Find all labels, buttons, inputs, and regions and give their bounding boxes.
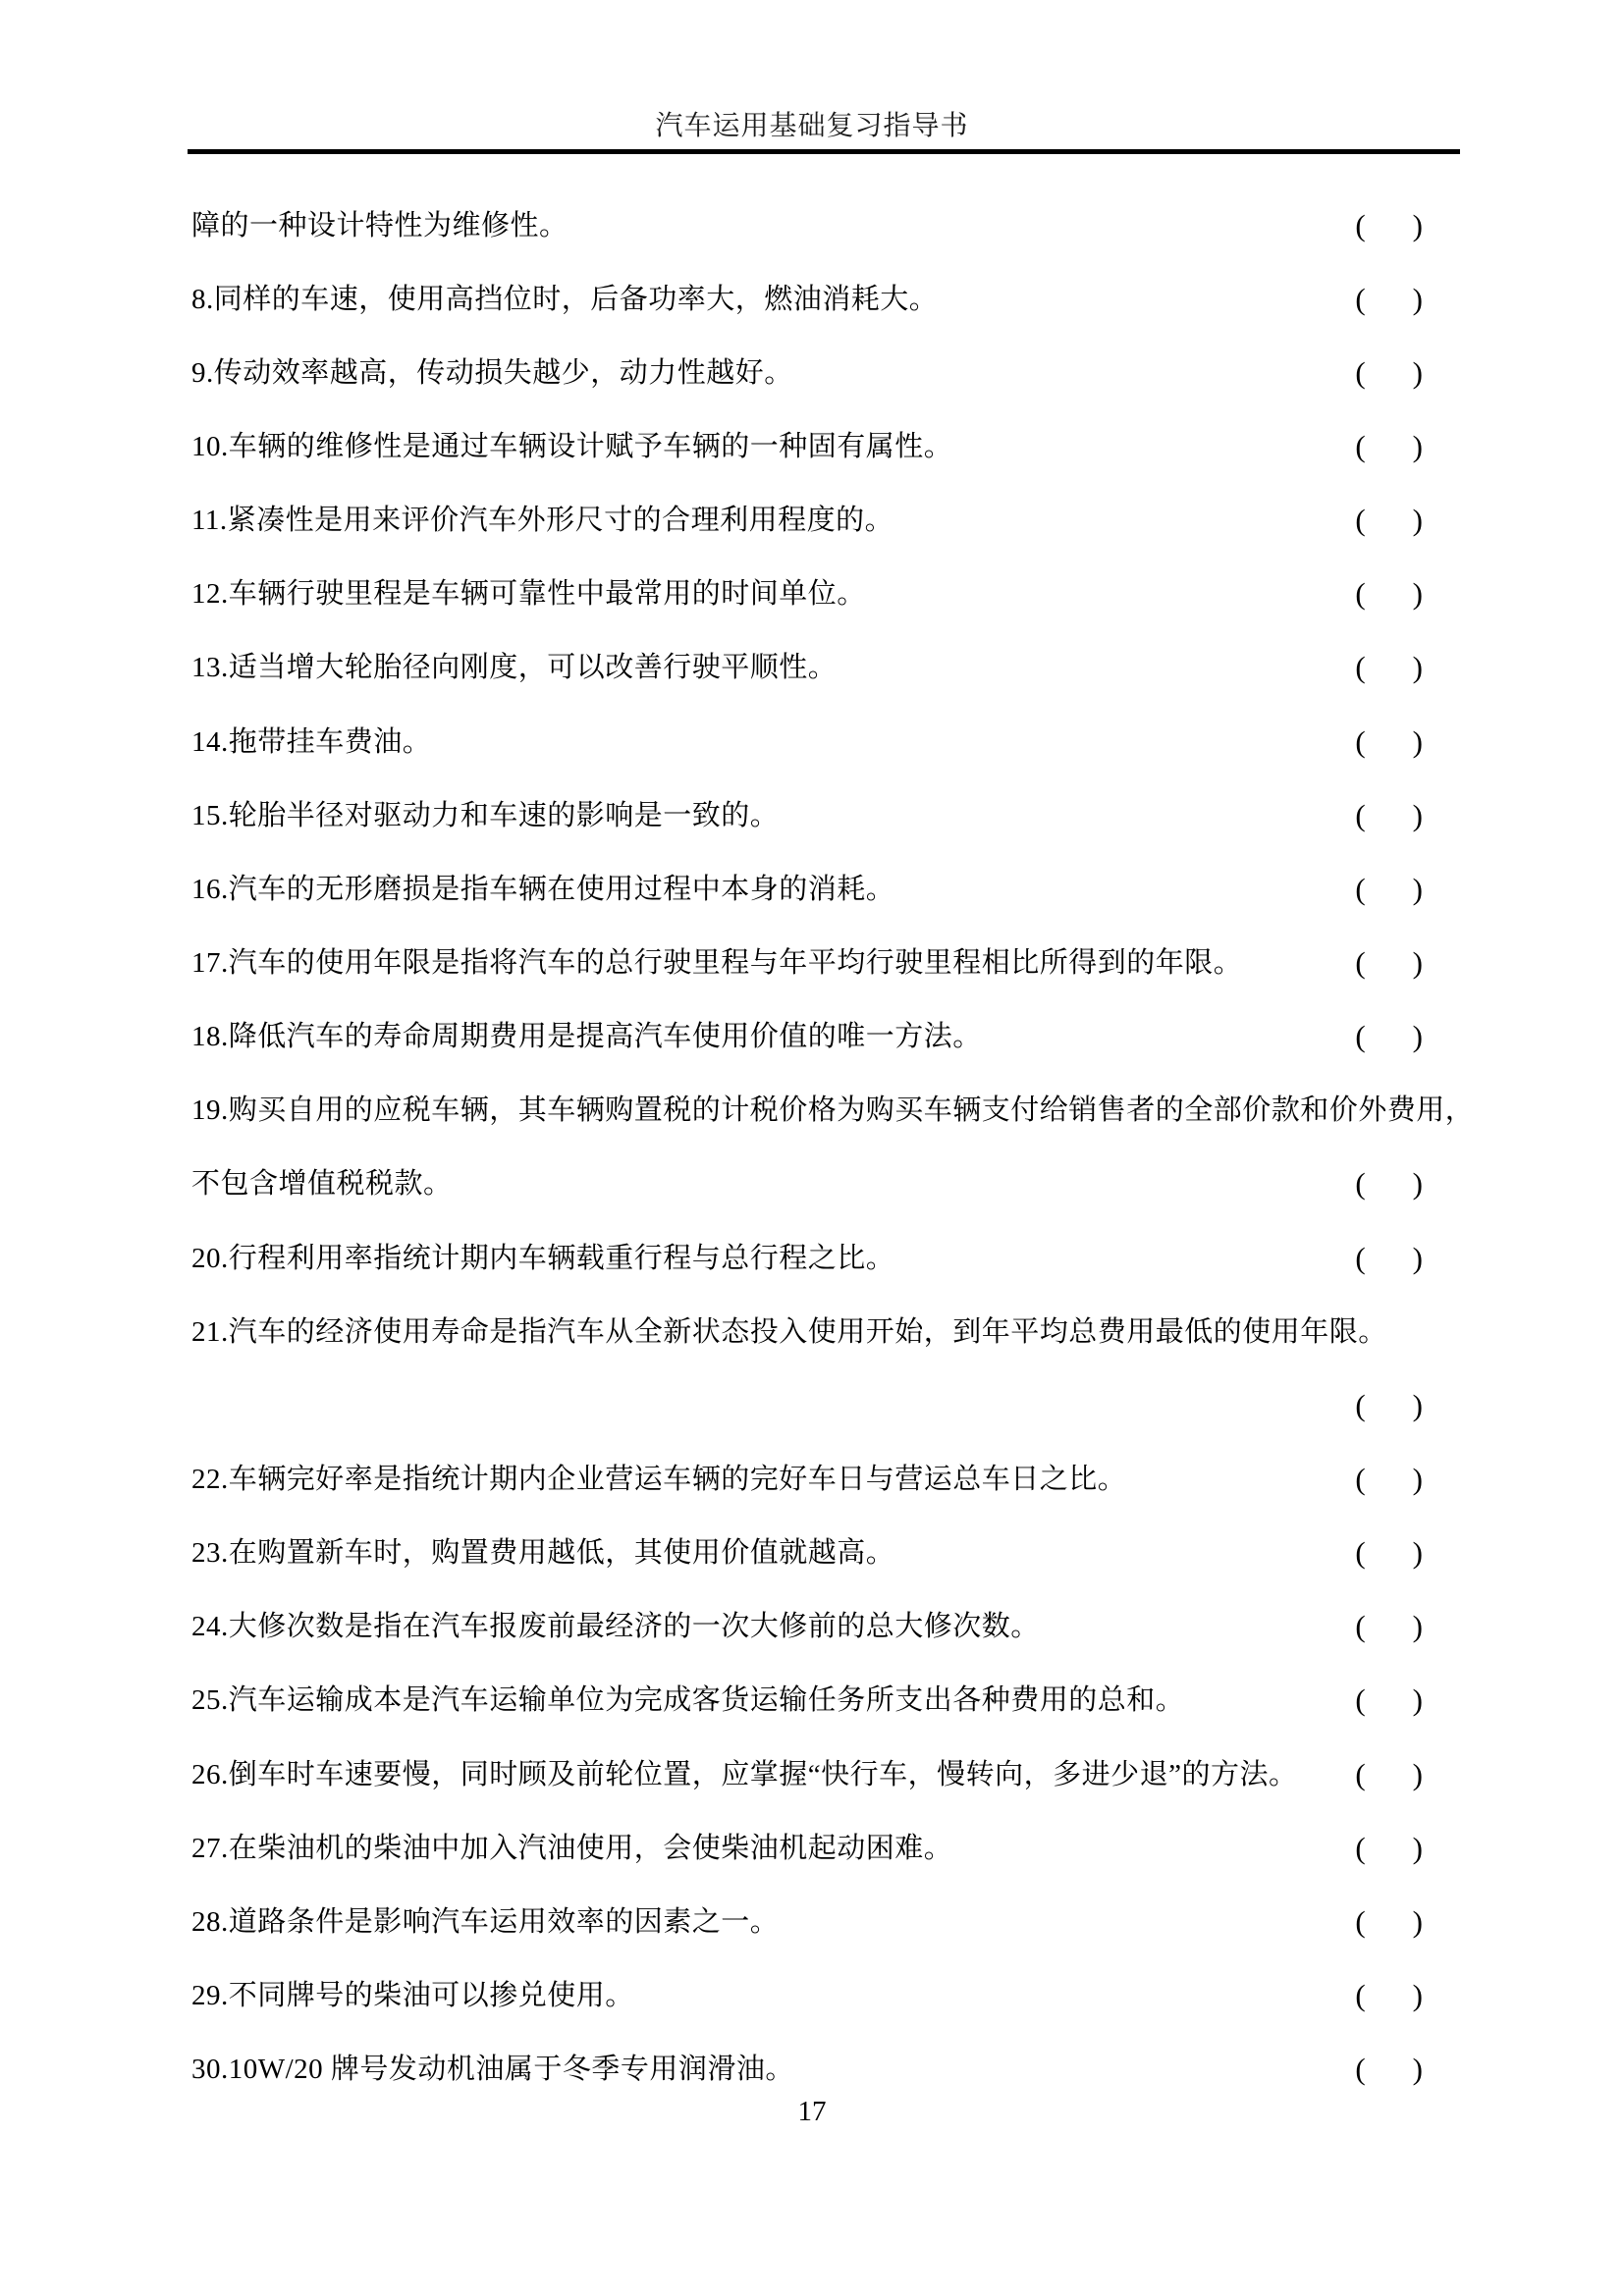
question-text: 14.拖带挂车费油。 (191, 723, 431, 761)
page-header-title: 汽车运用基础复习指导书 (0, 110, 1624, 143)
paren-close-mark: ) (1413, 502, 1423, 539)
question-text: 27.在柴油机的柴油中加入汽油使用，会使柴油机起动困难。 (191, 1830, 952, 1867)
paren-close-mark: ) (1413, 649, 1423, 686)
answer-blank: ( ) (1355, 1165, 1423, 1202)
paren-close-mark: ) (1413, 1682, 1423, 1719)
paren-close-mark: ) (1413, 1608, 1423, 1645)
question-text: 24.大修次数是指在汽车报废前最经济的一次大修前的总大修次数。 (191, 1608, 1040, 1645)
answer-blank: ( ) (1355, 871, 1423, 908)
question-text: 28.道路条件是影响汽车运用效率的因素之一。 (191, 1903, 779, 1941)
answer-blank: ( ) (1355, 649, 1423, 686)
question-text: 不包含增值税税款。 (191, 1165, 453, 1202)
question-text: 21.汽车的经济使用寿命是指汽车从全新状态投入使用开始，到年平均总费用最低的使用… (191, 1313, 1387, 1351)
question-row: 12.车辆行驶里程是车辆可靠性中最常用的时间单位。 ( ) (191, 558, 1440, 631)
paren-open-mark: ( (1355, 207, 1365, 244)
question-row: 15.轮胎半径对驱动力和车速的影响是一致的。 ( ) (191, 778, 1440, 852)
paren-close-mark: ) (1413, 1830, 1423, 1867)
question-text: 10.车辆的维修性是通过车辆设计赋予车辆的一种固有属性。 (191, 428, 952, 465)
answer-blank: ( ) (1355, 1682, 1423, 1719)
question-row: 10.车辆的维修性是通过车辆设计赋予车辆的一种固有属性。 ( ) (191, 409, 1440, 483)
question-text: 9.传动效率越高，传动损失越少，动力性越好。 (191, 354, 793, 392)
question-list: 障的一种设计特性为维修性。 ( ) 8.同样的车速，使用高挡位时，后备功率大，燃… (191, 188, 1440, 2107)
paren-open-mark: ( (1355, 1903, 1365, 1941)
question-text: 30.10W/20 牌号发动机油属于冬季专用润滑油。 (191, 2051, 794, 2088)
paren-open-mark: ( (1355, 1682, 1365, 1719)
question-text: 23.在购置新车时，购置费用越低，其使用价值就越高。 (191, 1534, 894, 1572)
question-row: 20.行程利用率指统计期内车辆载重行程与总行程之比。 ( ) (191, 1221, 1440, 1295)
answer-blank: ( ) (1355, 1240, 1423, 1277)
paren-open-mark: ( (1355, 1387, 1365, 1424)
answer-blank: ( ) (1355, 1756, 1423, 1793)
page-number: 17 (0, 2095, 1624, 2128)
question-row: ( ) (191, 1368, 1440, 1442)
paren-open-mark: ( (1355, 1608, 1365, 1645)
paren-close-mark: ) (1413, 428, 1423, 465)
question-text: 16.汽车的无形磨损是指车辆在使用过程中本身的消耗。 (191, 871, 894, 908)
paren-close-mark: ) (1413, 354, 1423, 392)
answer-blank: ( ) (1355, 1608, 1423, 1645)
paren-open-mark: ( (1355, 428, 1365, 465)
paren-close-mark: ) (1413, 2051, 1423, 2088)
paren-open-mark: ( (1355, 649, 1365, 686)
answer-blank: ( ) (1355, 575, 1423, 613)
answer-blank: ( ) (1355, 281, 1423, 318)
question-row: 14.拖带挂车费油。 ( ) (191, 705, 1440, 778)
paren-open-mark: ( (1355, 1165, 1365, 1202)
paren-open-mark: ( (1355, 723, 1365, 761)
paren-close-mark: ) (1413, 575, 1423, 613)
paren-open-mark: ( (1355, 944, 1365, 982)
answer-blank: ( ) (1355, 723, 1423, 761)
answer-blank: ( ) (1355, 1387, 1423, 1424)
paren-close-mark: ) (1413, 723, 1423, 761)
paren-open-mark: ( (1355, 797, 1365, 834)
question-row: 29.不同牌号的柴油可以掺兑使用。 ( ) (191, 1958, 1440, 2032)
question-row: 9.传动效率越高，传动损失越少，动力性越好。 ( ) (191, 336, 1440, 409)
question-row: 13.适当增大轮胎径向刚度，可以改善行驶平顺性。 ( ) (191, 631, 1440, 705)
paren-close-mark: ) (1413, 797, 1423, 834)
answer-blank: ( ) (1355, 1903, 1423, 1941)
paren-open-mark: ( (1355, 1461, 1365, 1498)
paren-close-mark: ) (1413, 1018, 1423, 1055)
paren-close-mark: ) (1413, 1240, 1423, 1277)
answer-blank: ( ) (1355, 1461, 1423, 1498)
question-text: 19.购买自用的应税车辆，其车辆购置税的计税价格为购买车辆支付给销售者的全部价款… (191, 1092, 1474, 1129)
paren-close-mark: ) (1413, 1977, 1423, 2014)
question-row: 26.倒车时车速要慢，同时顾及前轮位置，应掌握“快行车，慢转向，多进少退”的方法… (191, 1737, 1440, 1811)
question-text: 17.汽车的使用年限是指将汽车的总行驶里程与年平均行驶里程相比所得到的年限。 (191, 944, 1242, 982)
paren-open-mark: ( (1355, 1240, 1365, 1277)
paren-open-mark: ( (1355, 281, 1365, 318)
document-page: 汽车运用基础复习指导书 障的一种设计特性为维修性。 ( ) 8.同样的车速，使用… (0, 0, 1624, 2296)
answer-blank: ( ) (1355, 1830, 1423, 1867)
question-text: 18.降低汽车的寿命周期费用是提高汽车使用价值的唯一方法。 (191, 1018, 982, 1055)
paren-close-mark: ) (1413, 1903, 1423, 1941)
paren-open-mark: ( (1355, 502, 1365, 539)
paren-close-mark: ) (1413, 1461, 1423, 1498)
question-text: 20.行程利用率指统计期内车辆载重行程与总行程之比。 (191, 1240, 894, 1277)
paren-open-mark: ( (1355, 1977, 1365, 2014)
answer-blank: ( ) (1355, 1018, 1423, 1055)
paren-open-mark: ( (1355, 2051, 1365, 2088)
paren-open-mark: ( (1355, 1830, 1365, 1867)
paren-close-mark: ) (1413, 1387, 1423, 1424)
paren-close-mark: ) (1413, 944, 1423, 982)
header-rule (188, 149, 1460, 154)
paren-open-mark: ( (1355, 1534, 1365, 1572)
question-text: 8.同样的车速，使用高挡位时，后备功率大，燃油消耗大。 (191, 281, 938, 318)
question-row: 22.车辆完好率是指统计期内企业营运车辆的完好车日与营运总车日之比。 ( ) (191, 1442, 1440, 1516)
question-row: 11.紧凑性是用来评价汽车外形尺寸的合理利用程度的。 ( ) (191, 484, 1440, 558)
question-row: 障的一种设计特性为维修性。 ( ) (191, 188, 1440, 262)
paren-open-mark: ( (1355, 1018, 1365, 1055)
question-row: 8.同样的车速，使用高挡位时，后备功率大，燃油消耗大。 ( ) (191, 262, 1440, 336)
question-text: 13.适当增大轮胎径向刚度，可以改善行驶平顺性。 (191, 649, 837, 686)
question-row: 21.汽车的经济使用寿命是指汽车从全新状态投入使用开始，到年平均总费用最低的使用… (191, 1295, 1440, 1368)
question-text: 障的一种设计特性为维修性。 (191, 207, 568, 244)
answer-blank: ( ) (1355, 354, 1423, 392)
answer-blank: ( ) (1355, 207, 1423, 244)
paren-close-mark: ) (1413, 871, 1423, 908)
question-text: 26.倒车时车速要慢，同时顾及前轮位置，应掌握“快行车，慢转向，多进少退”的方法… (191, 1756, 1298, 1793)
paren-open-mark: ( (1355, 871, 1365, 908)
question-text: 29.不同牌号的柴油可以掺兑使用。 (191, 1977, 634, 2014)
answer-blank: ( ) (1355, 1977, 1423, 2014)
paren-close-mark: ) (1413, 207, 1423, 244)
answer-blank: ( ) (1355, 428, 1423, 465)
question-text: 12.车辆行驶里程是车辆可靠性中最常用的时间单位。 (191, 575, 866, 613)
question-row: 不包含增值税税款。 ( ) (191, 1148, 1440, 1221)
question-row: 23.在购置新车时，购置费用越低，其使用价值就越高。 ( ) (191, 1517, 1440, 1590)
paren-close-mark: ) (1413, 1534, 1423, 1572)
question-row: 24.大修次数是指在汽车报废前最经济的一次大修前的总大修次数。 ( ) (191, 1590, 1440, 1664)
question-row: 18.降低汽车的寿命周期费用是提高汽车使用价值的唯一方法。 ( ) (191, 1000, 1440, 1074)
paren-close-mark: ) (1413, 1756, 1423, 1793)
answer-blank: ( ) (1355, 797, 1423, 834)
answer-blank: ( ) (1355, 1534, 1423, 1572)
answer-blank: ( ) (1355, 944, 1423, 982)
question-row: 16.汽车的无形磨损是指车辆在使用过程中本身的消耗。 ( ) (191, 852, 1440, 926)
question-row: 28.道路条件是影响汽车运用效率的因素之一。 ( ) (191, 1885, 1440, 1958)
question-row: 25.汽车运输成本是汽车运输单位为完成客货运输任务所支出各种费用的总和。 ( ) (191, 1664, 1440, 1737)
paren-open-mark: ( (1355, 1756, 1365, 1793)
question-row: 17.汽车的使用年限是指将汽车的总行驶里程与年平均行驶里程相比所得到的年限。 (… (191, 926, 1440, 999)
paren-open-mark: ( (1355, 354, 1365, 392)
paren-close-mark: ) (1413, 1165, 1423, 1202)
paren-close-mark: ) (1413, 281, 1423, 318)
question-text: 15.轮胎半径对驱动力和车速的影响是一致的。 (191, 797, 779, 834)
answer-blank: ( ) (1355, 502, 1423, 539)
question-text: 11.紧凑性是用来评价汽车外形尺寸的合理利用程度的。 (191, 502, 893, 539)
question-row: 27.在柴油机的柴油中加入汽油使用，会使柴油机起动困难。 ( ) (191, 1811, 1440, 1885)
question-text: 22.车辆完好率是指统计期内企业营运车辆的完好车日与营运总车日之比。 (191, 1461, 1126, 1498)
paren-open-mark: ( (1355, 575, 1365, 613)
answer-blank: ( ) (1355, 2051, 1423, 2088)
question-text: 25.汽车运输成本是汽车运输单位为完成客货运输任务所支出各种费用的总和。 (191, 1682, 1184, 1719)
question-row: 19.购买自用的应税车辆，其车辆购置税的计税价格为购买车辆支付给销售者的全部价款… (191, 1074, 1440, 1148)
